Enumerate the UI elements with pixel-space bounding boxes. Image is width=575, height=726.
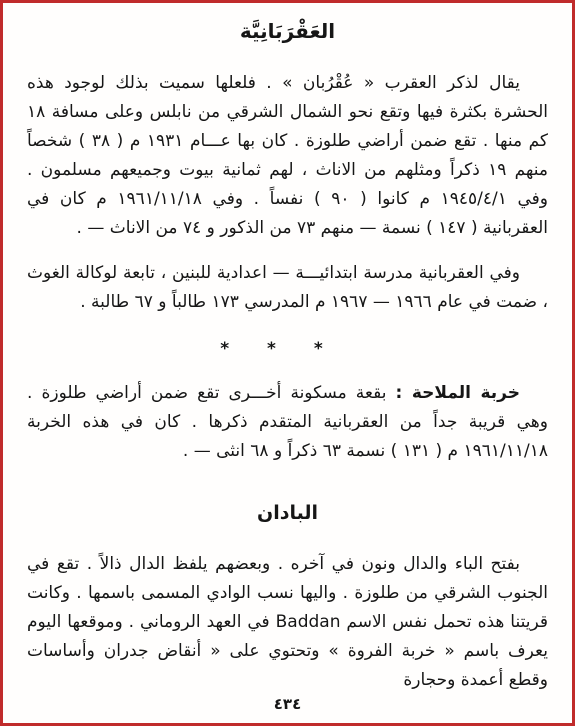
entry-title-badan: البادان [27,502,548,524]
aqrabaniyya-paragraph-1: يقال لذكر العقرب « عُقْرُبان » . فلعلها … [27,69,548,243]
khirbat-almallaha-paragraph: خربة الملاحة : بقعة مسكونة أخـــرى تقع ض… [27,379,548,466]
aqrabaniyya-paragraph-2: وفي العقربانية مدرسة ابتدائيـــة — اعداد… [27,259,548,317]
khirbat-almallaha-term: خربة الملاحة : [395,383,520,403]
page-number: ٤٣٤ [27,695,548,715]
badan-paragraph-1: بفتح الباء والدال ونون في آخره . وبعضهم … [27,550,548,695]
book-page: العَقْرَبَانِيَّة يقال لذكر العقرب « عُق… [0,0,575,726]
section-separator-stars: * * * [27,339,548,359]
entry-title-aqrabaniyya: العَقْرَبَانِيَّة [27,19,548,43]
